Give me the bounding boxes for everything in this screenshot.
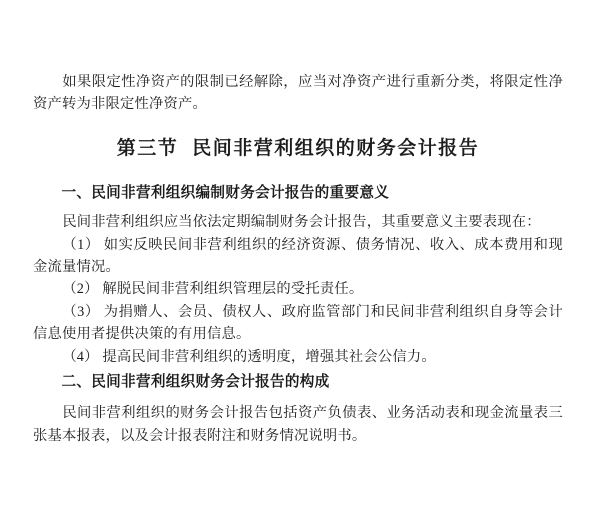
list-item-2: （2） 解脱民间非营利组织管理层的受托责任。 xyxy=(33,278,563,300)
list-item-4: （4） 提高民间非营利组织的透明度，增强其社会公信力。 xyxy=(33,346,563,368)
list-item-3: （3） 为捐赠人、会员、债权人、政府监管部门和民间非营利组织自身等会计信息使用者… xyxy=(33,301,563,346)
section-title: 第三节民间非营利组织的财务会计报告 xyxy=(33,137,563,160)
document-page: 如果限定性净资产的限制已经解除，应当对净资产进行重新分类，将限定性净资产转为非限… xyxy=(0,0,594,513)
paragraph: 民间非营利组织应当依法定期编制财务会计报告，其重要意义主要表现在： xyxy=(33,211,563,233)
sub-heading-1: 一、民间非营利组织编制财务会计报告的重要意义 xyxy=(33,182,563,204)
section-name: 民间非营利组织的财务会计报告 xyxy=(192,137,479,159)
intro-paragraph: 如果限定性净资产的限制已经解除，应当对净资产进行重新分类，将限定性净资产转为非限… xyxy=(33,71,563,116)
sub-heading-2: 二、民间非营利组织财务会计报告的构成 xyxy=(33,371,563,393)
section-number: 第三节 xyxy=(117,137,179,159)
list-item-1: （1） 如实反映民间非营利组织的经济资源、债务情况、收入、成本费用和现金流量情况… xyxy=(33,234,563,279)
closing-paragraph: 民间非营利组织的财务会计报告包括资产负债表、业务活动表和现金流量表三张基本报表，… xyxy=(33,402,563,447)
text-block: 如果限定性净资产的限制已经解除，应当对净资产进行重新分类，将限定性净资产转为非限… xyxy=(33,0,563,447)
